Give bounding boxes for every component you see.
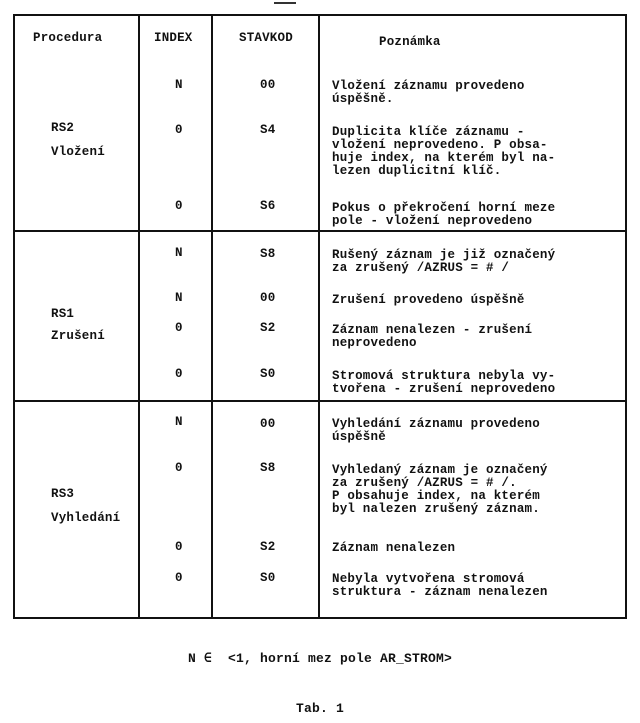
row-statuscode: 00	[260, 292, 275, 305]
header-index: INDEX	[154, 32, 193, 45]
row-statuscode: S8	[260, 248, 275, 261]
row-index: 0	[175, 368, 183, 381]
procedure-code: RS2	[51, 122, 74, 135]
row-note: Vyhledaný záznam je označený za zrušený …	[332, 464, 548, 516]
row-index: 0	[175, 322, 183, 335]
header-note: Poznámka	[379, 36, 441, 49]
row-statuscode: 00	[260, 418, 275, 431]
procedure-code: RS3	[51, 488, 74, 501]
page-number-mark	[274, 2, 296, 7]
procedure-name: Zrušení	[51, 330, 105, 343]
header-statuscode: STAVKOD	[239, 32, 293, 45]
row-index: N	[175, 247, 183, 260]
row-statuscode: S2	[260, 322, 275, 335]
row-statuscode: S4	[260, 124, 275, 137]
procedure-name: Vložení	[51, 146, 105, 159]
row-statuscode: S0	[260, 572, 275, 585]
column-divider	[138, 16, 140, 617]
row-note: Záznam nenalezen	[332, 542, 455, 555]
row-statuscode: 00	[260, 79, 275, 92]
row-note: Nebyla vytvořena stromová struktura - zá…	[332, 573, 548, 599]
row-note: Duplicita klíče záznamu - vložení neprov…	[332, 126, 555, 178]
row-index: 0	[175, 572, 183, 585]
status-code-table: Procedura INDEX STAVKOD Poznámka RS2 Vlo…	[13, 14, 627, 619]
footnote: N ∈ <1, horní mez pole AR_STROM>	[0, 652, 640, 665]
row-statuscode: S8	[260, 462, 275, 475]
row-index: 0	[175, 462, 183, 475]
column-divider	[318, 16, 320, 617]
procedure-name: Vyhledání	[51, 512, 120, 525]
row-note: Pokus o překročení horní meze pole - vlo…	[332, 202, 555, 228]
row-note: Zrušení provedeno úspěšně	[332, 294, 525, 307]
row-index: N	[175, 416, 183, 429]
row-statuscode: S6	[260, 200, 275, 213]
row-index: 0	[175, 200, 183, 213]
header-procedure: Procedura	[33, 32, 102, 45]
row-note: Stromová struktura nebyla vy- tvořena - …	[332, 370, 555, 396]
row-statuscode: S0	[260, 368, 275, 381]
group-divider	[15, 400, 625, 402]
row-index: N	[175, 79, 183, 92]
group-divider	[15, 230, 625, 232]
procedure-code: RS1	[51, 308, 74, 321]
row-index: 0	[175, 541, 183, 554]
table-caption: Tab. 1	[0, 702, 640, 715]
row-index: 0	[175, 124, 183, 137]
column-divider	[211, 16, 213, 617]
row-note: Rušený záznam je již označený za zrušený…	[332, 249, 555, 275]
row-note: Vložení záznamu provedeno úspěšně.	[332, 80, 525, 106]
row-note: Záznam nenalezen - zrušení neprovedeno	[332, 324, 532, 350]
row-note: Vyhledání záznamu provedeno úspěšně	[332, 418, 540, 444]
row-index: N	[175, 292, 183, 305]
row-statuscode: S2	[260, 541, 275, 554]
